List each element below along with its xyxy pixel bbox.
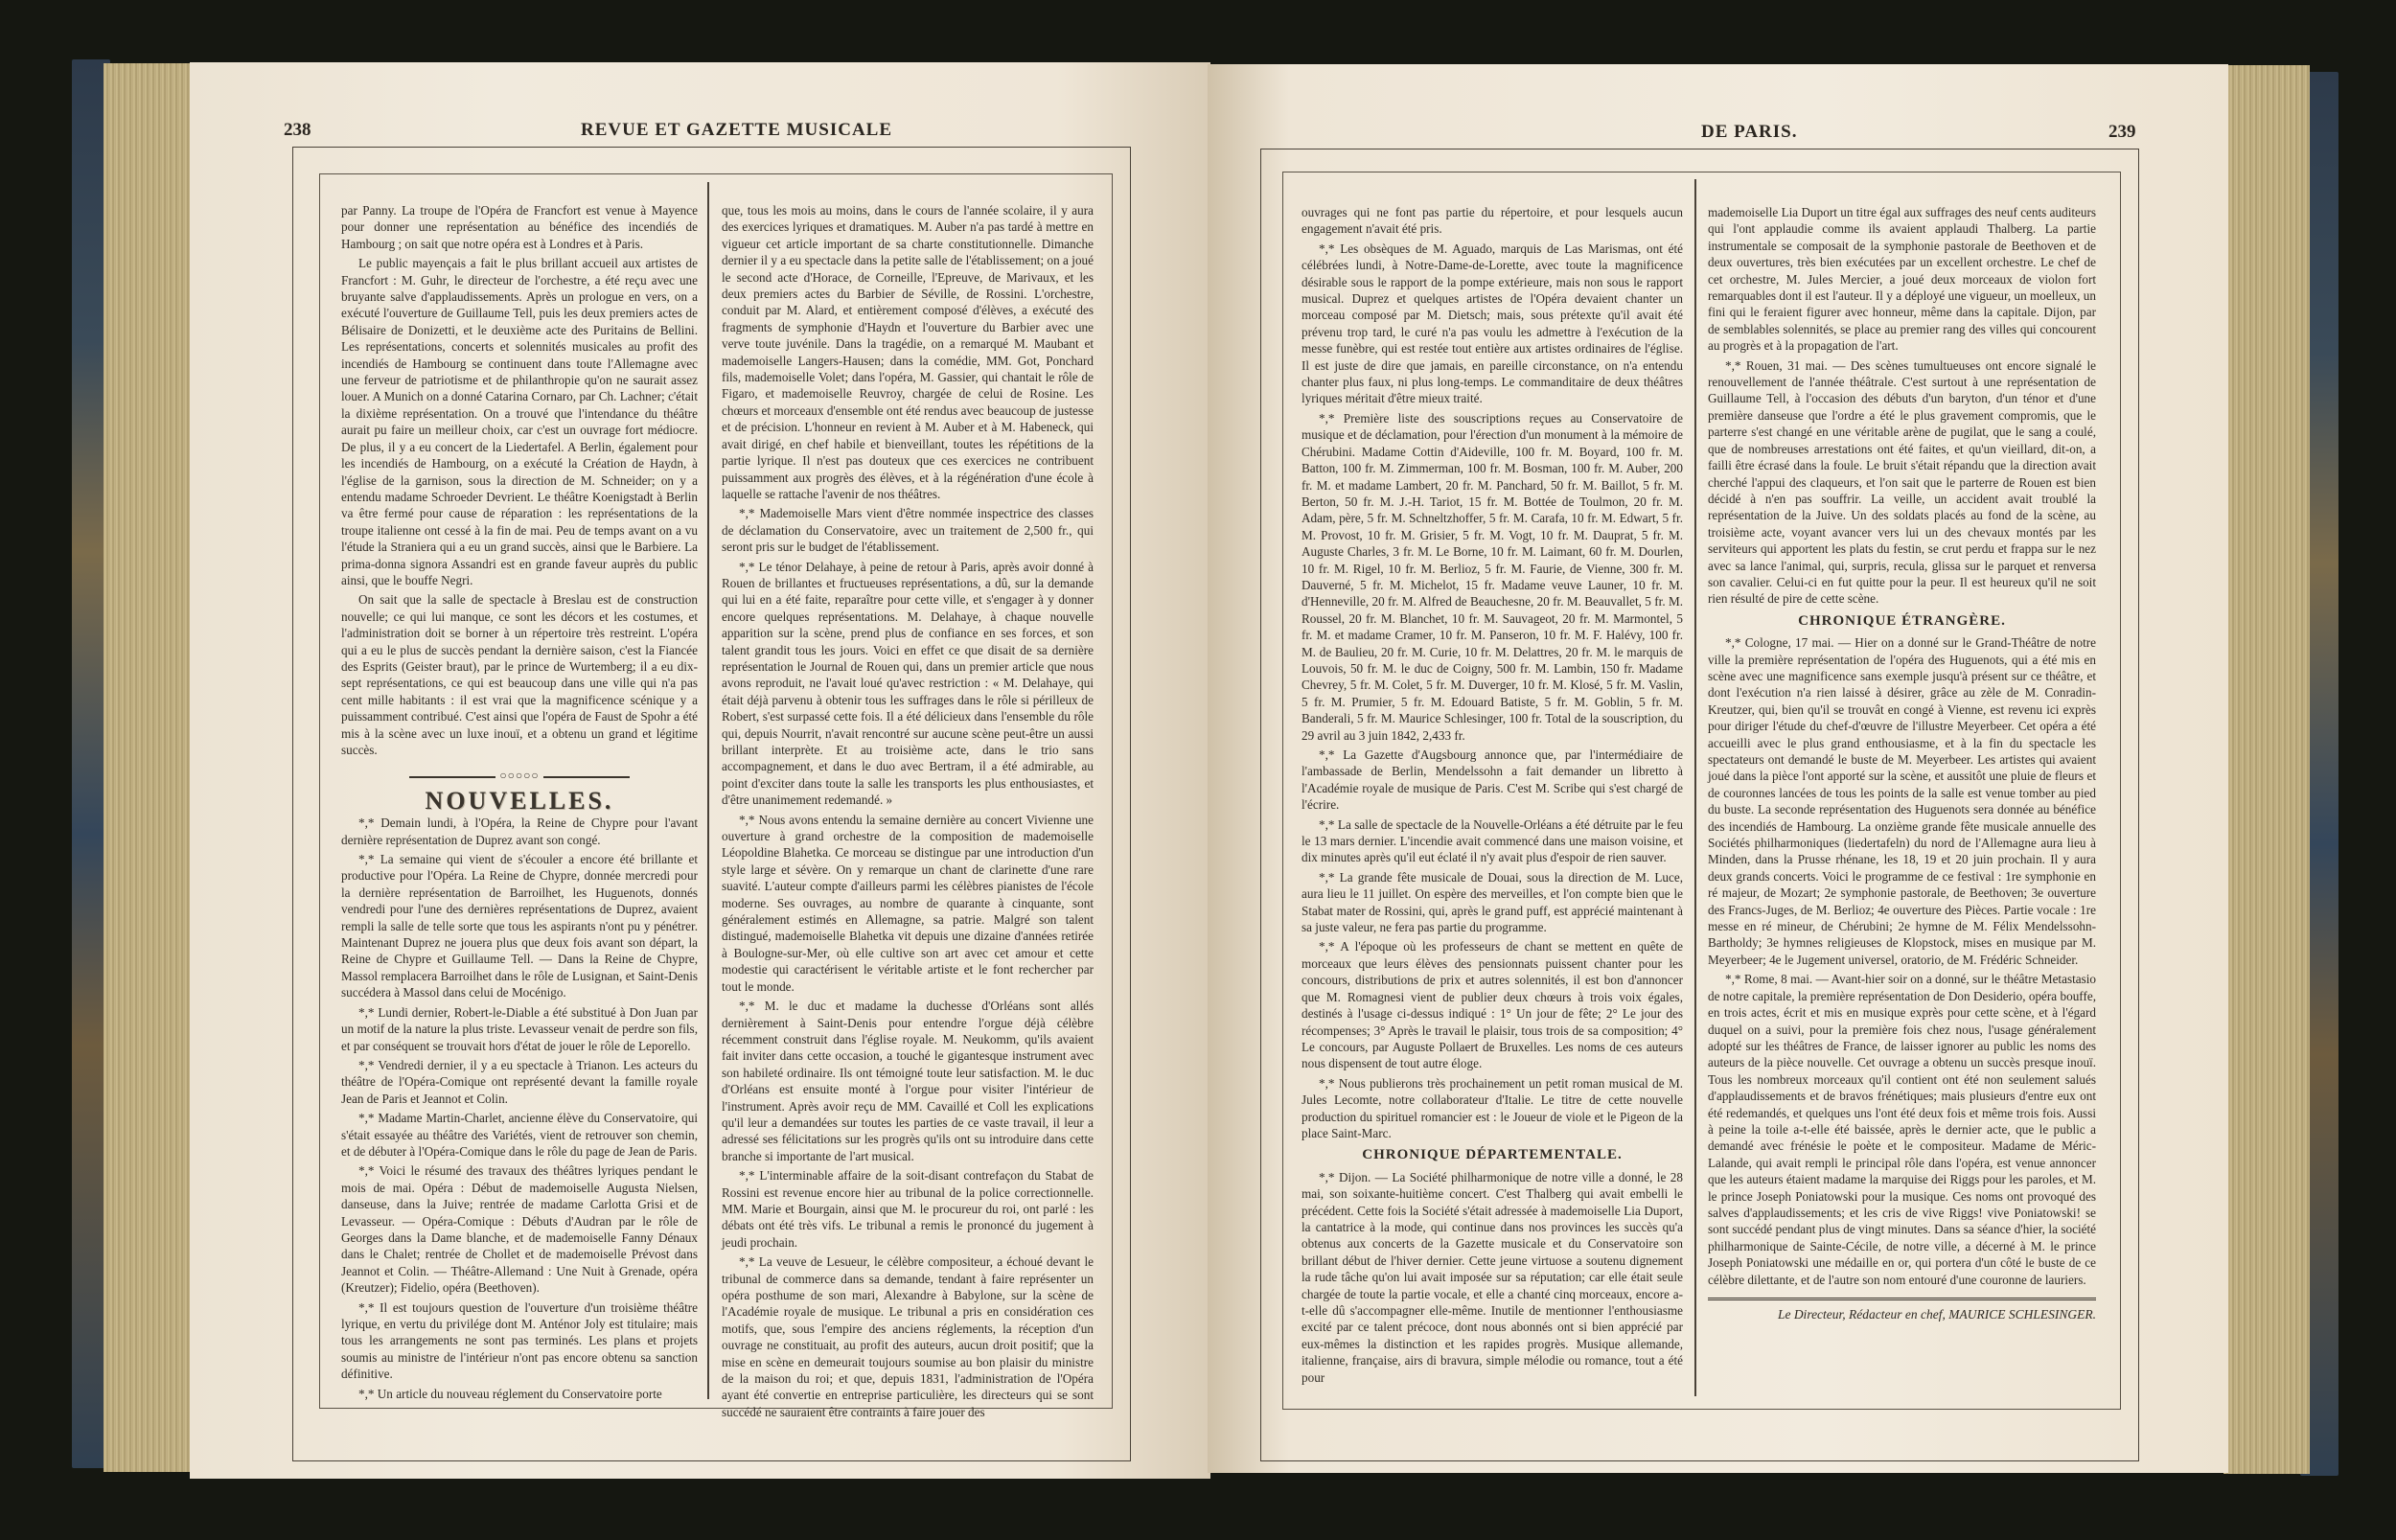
editor-signature: Le Directeur, Rédacteur en chef, MAURICE… [1708, 1306, 2096, 1322]
column-1: par Panny. La troupe de l'Opéra de Franc… [341, 202, 698, 1405]
paragraph: *,* Voici le résumé des travaux des théâ… [341, 1162, 698, 1296]
paragraph: On sait que la salle de spectacle à Bres… [341, 591, 698, 758]
column-2: que, tous les mois au moins, dans le cou… [722, 202, 1094, 1423]
running-head-right: DE PARIS. [1701, 122, 1798, 143]
col1-text-before: par Panny. La troupe de l'Opéra de Franc… [341, 202, 698, 758]
paragraph: *,* Madame Martin-Charlet, ancienne élèv… [341, 1110, 698, 1160]
paragraph: par Panny. La troupe de l'Opéra de Franc… [341, 202, 698, 252]
column-rule-right [1694, 179, 1696, 1396]
paragraph: *,* Demain lundi, à l'Opéra, la Reine de… [341, 815, 698, 848]
paragraph: *,* Nous publierons très prochainement u… [1302, 1075, 1683, 1142]
col1-text-after: *,* Demain lundi, à l'Opéra, la Reine de… [341, 815, 698, 1402]
paragraph: *,* Cologne, 17 mai. — Hier on a donné s… [1708, 634, 2096, 968]
paragraph: Le public mayençais a fait le plus brill… [341, 255, 698, 588]
paragraph: ouvrages qui ne font pas partie du réper… [1302, 204, 1683, 238]
col2-text: que, tous les mois au moins, dans le cou… [722, 202, 1094, 1420]
paragraph: *,* Les obsèques de M. Aguado, marquis d… [1302, 241, 1683, 407]
running-head-left: REVUE ET GAZETTE MUSICALE [581, 120, 892, 141]
col3-text-before: ouvrages qui ne font pas partie du réper… [1302, 204, 1683, 1141]
section-title-chronique-etrangere: CHRONIQUE ÉTRANGÈRE. [1708, 613, 2096, 630]
paragraph: mademoiselle Lia Duport un titre égal au… [1708, 204, 2096, 355]
paragraph: *,* La Gazette d'Augsbourg annonce que, … [1302, 747, 1683, 814]
section-title-chronique-departementale: CHRONIQUE DÉPARTEMENTALE. [1302, 1147, 1683, 1163]
paragraph: *,* Première liste des souscriptions reç… [1302, 410, 1683, 744]
paragraph: *,* Vendredi dernier, il y a eu spectacl… [341, 1057, 698, 1107]
paragraph: *,* La veuve de Lesueur, le célèbre comp… [722, 1253, 1094, 1420]
section-ornament: ○○○○○ [341, 768, 698, 784]
paragraph: *,* La salle de spectacle de la Nouvelle… [1302, 816, 1683, 866]
page-number-left: 238 [284, 120, 311, 141]
paragraph: *,* Il est toujours question de l'ouvert… [341, 1299, 698, 1383]
paragraph: *,* Dijon. — La Société philharmonique d… [1302, 1169, 1683, 1386]
paragraph: *,* Lundi dernier, Robert-le-Diable a ét… [341, 1004, 698, 1054]
paragraph: *,* La semaine qui vient de s'écouler a … [341, 851, 698, 1001]
paragraph: *,* La grande fête musicale de Douai, so… [1302, 869, 1683, 936]
right-page: DE PARIS. 239 ouvrages qui ne font pas p… [1208, 64, 2228, 1473]
paragraph: *,* M. le duc et madame la duchesse d'Or… [722, 998, 1094, 1164]
col4-text-after: *,* Cologne, 17 mai. — Hier on a donné s… [1708, 634, 2096, 1288]
col4-text-before: mademoiselle Lia Duport un titre égal au… [1708, 204, 2096, 608]
section-title-nouvelles: NOUVELLES. [341, 793, 698, 809]
page-edges-right [2223, 65, 2310, 1474]
paragraph: *,* Le ténor Delahaye, à peine de retour… [722, 559, 1094, 809]
signature-rule [1708, 1298, 2096, 1300]
page-edges-left [104, 63, 195, 1472]
paragraph: *,* A l'époque où les professeurs de cha… [1302, 938, 1683, 1071]
paragraph: *,* Un article du nouveau réglement du C… [341, 1386, 698, 1402]
paragraph: *,* Rome, 8 mai. — Avant-hier soir on a … [1708, 971, 2096, 1288]
column-3: ouvrages qui ne font pas partie du réper… [1302, 204, 1683, 1389]
page-number-right: 239 [2108, 122, 2136, 143]
column-4: mademoiselle Lia Duport un titre égal au… [1708, 204, 2096, 1322]
paragraph: *,* L'interminable affaire de la soit-di… [722, 1167, 1094, 1251]
paragraph: que, tous les mois au moins, dans le cou… [722, 202, 1094, 502]
paragraph: *,* Nous avons entendu la semaine derniè… [722, 812, 1094, 995]
paragraph: *,* Mademoiselle Mars vient d'être nommé… [722, 505, 1094, 555]
column-rule-left [707, 182, 709, 1399]
paragraph: *,* Rouen, 31 mai. — Des scènes tumultue… [1708, 357, 2096, 608]
col3-text-after: *,* Dijon. — La Société philharmonique d… [1302, 1169, 1683, 1386]
left-page: 238 REVUE ET GAZETTE MUSICALE par Panny.… [190, 62, 1210, 1479]
